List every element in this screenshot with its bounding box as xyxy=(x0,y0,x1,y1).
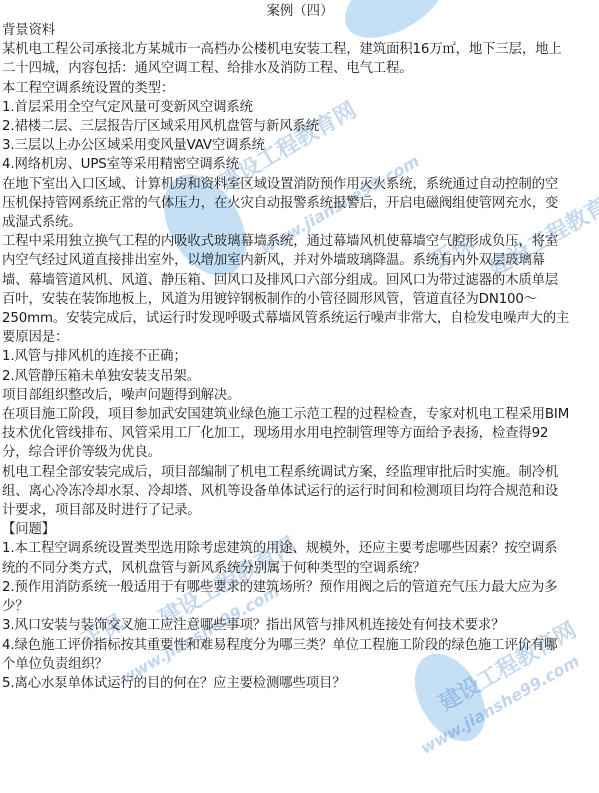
question-line: 2.预作用消防系统一般适用于有哪些要求的建筑场所？预作用阀之后的管道充气压力最大… xyxy=(2,578,598,597)
document: 案例（四） 背景资料 某机电工程公司承接北方某城市一高档办公楼机电安装工程，建筑… xyxy=(2,0,598,693)
paragraph-line: 压机保持管网系统正常的气体压力，在火灾自动报警系统报警后，开启电磁阀组使管网充水… xyxy=(2,194,598,213)
question-line: 1.本工程空调系统设置类型选用除考虑建筑的用途、规模外，还应主要考虑哪些因素？按… xyxy=(2,539,598,558)
paragraph-line: 机电工程全部安装完成后，项目部编制了机电工程系统调试方案，经监理审批后时实施。制… xyxy=(2,463,598,482)
question-line: 4.绿色施工评价指标按其重要性和难易程度分为哪三类？单位工程施工阶段的绿色施工评… xyxy=(2,636,598,655)
paragraph-line: 百叶，安装在装饰地板上，风道为用镀锌钢板制作的小管径圆形风管，管道直径为DN10… xyxy=(2,290,598,309)
questions-heading: 【问题】 xyxy=(2,520,598,539)
paragraph-line: 计要求，项目部及时进行了记录。 xyxy=(2,501,598,520)
question-line: 少？ xyxy=(2,597,598,616)
paragraph-line: 分，综合评价等级为优良。 xyxy=(2,443,598,462)
section-heading-background: 背景资料 xyxy=(2,21,598,40)
list-item: 2.风管静压箱未单独安装支吊架。 xyxy=(2,367,598,386)
paragraph-line: 要原因是： xyxy=(2,328,598,347)
paragraph-line: 在项目施工阶段，项目参加武安国建筑业绿色施工示范工程的过程检查，专家对机电工程采… xyxy=(2,405,598,424)
list-item: 1.首层采用全空气定风量可变新风空调系统 xyxy=(2,98,598,117)
paragraph-line: 内空气经过风道直接排出室外，以增加室内新风，并对外墙玻璃降温。系统有内外双层玻璃… xyxy=(2,251,598,270)
paragraph-line: 技术优化管线排布、风管采用工厂化加工，现场用水用电控制管理等方面给予表扬，检查得… xyxy=(2,424,598,443)
list-item: 2.裙楼二层、三层报告厅区域采用风机盘管与新风系统 xyxy=(2,117,598,136)
question-line: 个单位负责组织？ xyxy=(2,655,598,674)
page-title: 案例（四） xyxy=(2,0,598,21)
paragraph-line: 在地下室出入口区域、计算机房和资料室区域设置消防预作用灭火系统，系统通过自动控制… xyxy=(2,175,598,194)
question-line: 3.风口安装与装饰交叉施工应注意哪些事项？指出风管与排风机连接处有何技术要求？ xyxy=(2,616,598,635)
paragraph-line: 本工程空调系统设置的类型： xyxy=(2,79,598,98)
list-item: 1.风管与排风机的连接不正确； xyxy=(2,347,598,366)
paragraph-line: 项目部组织整改后，噪声问题得到解决。 xyxy=(2,386,598,405)
question-line: 5.离心水泵单体试运行的目的何在？应主要检测哪些项目？ xyxy=(2,674,598,693)
paragraph-line: 某机电工程公司承接北方某城市一高档办公楼机电安装工程，建筑面积16万㎡，地下三层… xyxy=(2,40,598,59)
paragraph-line: 成湿式系统。 xyxy=(2,213,598,232)
list-item: 4.网络机房、UPS室等采用精密空调系统 xyxy=(2,155,598,174)
paragraph-line: 墙、幕墙管道风机、风道、静压箱、回风口及排风口六部分组成。回风口为带过滤器的木质… xyxy=(2,271,598,290)
paragraph-line: 组、离心冷冻冷却水泵、冷却塔、风机等设备单体试运行的运行时间和检测项目均符合规范… xyxy=(2,482,598,501)
paragraph-line: 工程中采用独立换气工程的内吸收式玻璃幕墙系统，通过幕墙风机使幕墙空气腔形成负压，… xyxy=(2,232,598,251)
list-item: 3.三层以上办公区域采用变风量VAV空调系统 xyxy=(2,136,598,155)
paragraph-line: 250mm。安装完成后，试运行时发现呼吸式幕墙风管系统运行噪声非常大，自检发电噪… xyxy=(2,309,598,328)
question-line: 统的不同分类方式，风机盘管与新风系统分别属于何种类型的空调系统？ xyxy=(2,559,598,578)
paragraph-line: 二十四城，内容包括：通风空调工程、给排水及消防工程、电气工程。 xyxy=(2,59,598,78)
